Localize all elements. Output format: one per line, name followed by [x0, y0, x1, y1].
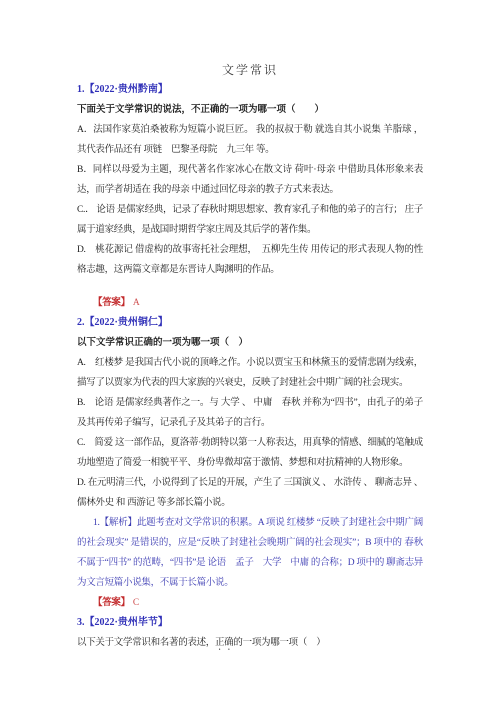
question-1-option-b: B．同样以母爱为主题，现代著名作家冰心在散文诗 荷叶·母亲 中借助具体形象来表达… — [77, 160, 423, 200]
question-2-stem: 以下文学常识正确的一项为哪一项（ ） — [77, 333, 423, 353]
question-3-stem-pre: 以下关于文学常识和名著的表述， — [77, 638, 215, 648]
question-2-analysis: 1.【解析】此题考查对文学常识的积累。A 项说 红楼梦 “反映了封建社会中期广阔… — [77, 513, 423, 593]
question-3-stem-post: 的一项为哪一项（ ） — [233, 638, 325, 648]
document-page: 文学常识 1.【2022·贵州黔南】 下面关于文学常识的说法，不正确的一项为哪一… — [0, 0, 500, 707]
question-1-answer-line: 【答案】A — [77, 293, 423, 313]
question-3-stem-emphasized: 正确 — [215, 638, 233, 648]
question-2-source-tag: 2.【2022·贵州铜仁】 — [77, 313, 423, 333]
question-2-option-a: A. 红楼梦 是我国古代小说的顶峰之作。小说以贾宝玉和林黛玉的爱情悲剧为线索，描… — [77, 353, 423, 393]
question-1-source-tag: 1.【2022·贵州黔南】 — [77, 80, 423, 100]
question-2-option-b: B. 论语 是儒家经典著作之一。与 大学 、 中庸 春秋 并称为“四书”，由孔子… — [77, 393, 423, 433]
question-2: 2.【2022·贵州铜仁】 以下文学常识正确的一项为哪一项（ ） A. 红楼梦 … — [77, 313, 423, 613]
answer-value: A — [130, 298, 140, 308]
question-3: 3.【2022·贵州毕节】 以下关于文学常识和名著的表述，正确的一项为哪一项（ … — [77, 613, 423, 653]
question-2-option-c: C. 简爱 这一部作品，夏洛蒂·勃朗特以第一人称表达，用真挚的情感、细腻的笔触成… — [77, 433, 423, 473]
question-3-stem: 以下关于文学常识和名著的表述，正确的一项为哪一项（ ） — [77, 633, 423, 653]
question-1-stem: 下面关于文学常识的说法，不正确的一项为哪一项（ ） — [77, 100, 423, 120]
question-1-option-c: C.． 论语 是儒家经典，记录了春秋时期思想家、教育家孔子和他的弟子的言行； 庄… — [77, 200, 423, 240]
answer-label: 【答案】 — [93, 598, 130, 608]
question-1-option-d: D. 桃花源记 借虚构的故事寄托社会理想， 五柳先生传 用传记的形式表现人物的性… — [77, 240, 423, 280]
answer-value: C — [130, 598, 139, 608]
question-2-option-d: D. 在元明清三代，小说得到了长足的开展，产生了 三国演义 、 水浒传 、 聊斋… — [77, 473, 423, 513]
question-1: 1.【2022·贵州黔南】 下面关于文学常识的说法，不正确的一项为哪一项（ ） … — [77, 80, 423, 313]
question-1-option-a: A．法国作家莫泊桑被称为短篇小说巨匠。 我的叔叔于勒 就选自其小说集 羊脂球 ，… — [77, 120, 423, 160]
question-3-source-tag: 3.【2022·贵州毕节】 — [77, 613, 423, 633]
page-title: 文学常识 — [77, 60, 423, 80]
question-2-answer-line: 【答案】C — [77, 593, 423, 613]
answer-label: 【答案】 — [93, 298, 130, 308]
